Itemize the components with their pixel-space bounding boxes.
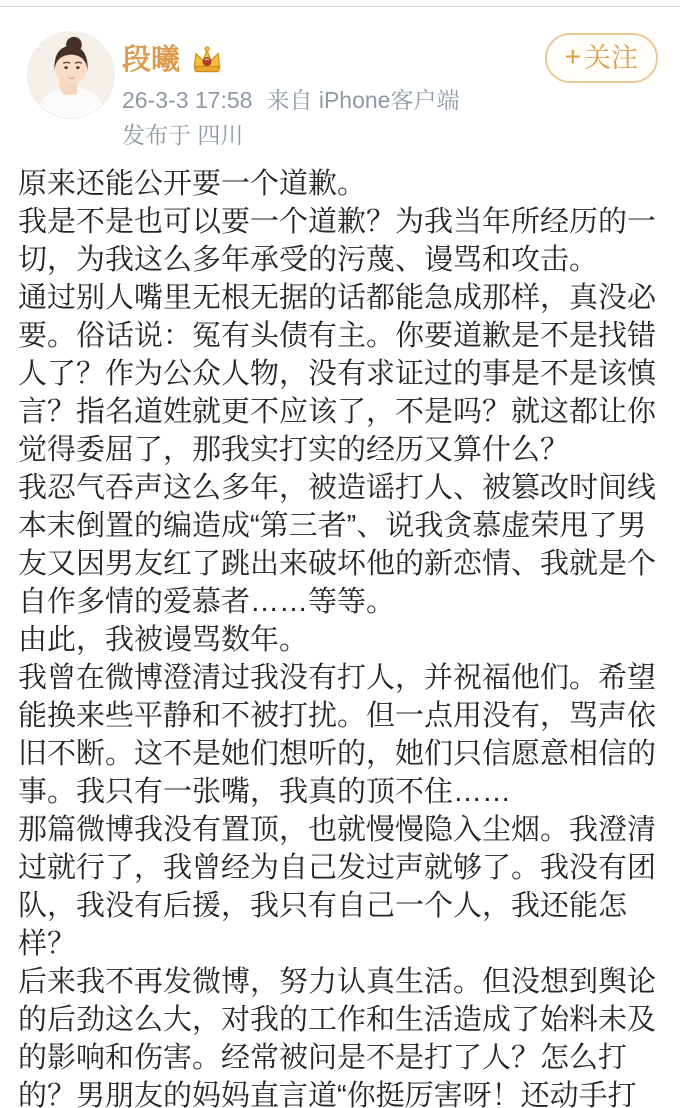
post-text-line: 本末倒置的编造成“第三者”、说我贪慕虚荣甩了男	[18, 507, 662, 545]
post-location: 发布于 四川	[122, 120, 459, 150]
post-source-link[interactable]: 来自 iPhone客户端	[266, 85, 459, 115]
post-text-line: 友又因男友红了跳出来破坏他的新恋情、我就是个	[18, 545, 662, 583]
post-text-line: 觉得委屈了，那我实打实的经历又算什么？	[18, 431, 662, 469]
post-text-line: 那篇微博我没有置顶，也就慢慢隐入尘烟。我澄清	[18, 811, 662, 849]
post-text-line: 能换来些平静和不被打扰。但一点用没有，骂声依	[18, 697, 662, 735]
weibo-post-card: 段曦 26-3-3 17:58 来自 iPhone客户端 发布于 四川	[0, 7, 680, 1108]
post-header: 段曦 26-3-3 17:58 来自 iPhone客户端 发布于 四川	[0, 7, 680, 159]
name-row: 段曦	[122, 43, 459, 77]
post-text-line: 后来我不再发微博，努力认真生活。但没想到舆论	[18, 963, 662, 1001]
post-text-line: 我是不是也可以要一个道歉？为我当年所经历的一	[18, 203, 662, 241]
post-text-line: 队，我没有后援，我只有自己一个人，我还能怎	[18, 887, 662, 925]
post-text-line: 样？	[18, 925, 662, 963]
vip-crown-icon	[190, 45, 224, 75]
user-info: 段曦 26-3-3 17:58 来自 iPhone客户端 发布于 四川	[122, 43, 459, 150]
post-text: 原来还能公开要一个道歉。我是不是也可以要一个道歉？为我当年所经历的一切，为我这么…	[0, 159, 680, 1108]
post-text-line: 过就行了，我曾经为自己发过声就够了。我没有团	[18, 849, 662, 887]
post-text-line: 事。我只有一张嘴，我真的顶不住……	[18, 773, 662, 811]
plus-icon: +	[565, 43, 581, 71]
post-text-line: 的影响和伤害。经常被问是不是打了人？怎么打	[18, 1039, 662, 1077]
post-text-line: 自作多情的爱慕者……等等。	[18, 583, 662, 621]
post-text-line: 由此，我被谩骂数年。	[18, 621, 662, 659]
follow-button[interactable]: + 关注	[545, 33, 658, 83]
avatar[interactable]	[27, 31, 115, 119]
post-text-line: 我忍气吞声这么多年，被造谣打人、被篡改时间线	[18, 469, 662, 507]
username[interactable]: 段曦	[122, 43, 180, 77]
post-text-line: 言？指名道姓就更不应该了，不是吗？就这都让你	[18, 393, 662, 431]
post-text-line: 要。俗话说：冤有头债有主。你要道歉是不是找错	[18, 317, 662, 355]
post-text-line: 原来还能公开要一个道歉。	[18, 165, 662, 203]
post-timestamp: 26-3-3 17:58	[122, 85, 252, 115]
page-top-divider	[0, 0, 680, 7]
post-text-line: 切，为我这么多年承受的污蔑、谩骂和攻击。	[18, 241, 662, 279]
post-meta: 26-3-3 17:58 来自 iPhone客户端	[122, 85, 459, 115]
post-text-line: 旧不断。这不是她们想听的，她们只信愿意相信的	[18, 735, 662, 773]
post-text-line: 的后劲这么大，对我的工作和生活造成了始料未及	[18, 1001, 662, 1039]
avatar-image	[28, 32, 114, 118]
post-text-line: 通过别人嘴里无根无据的话都能急成那样，真没必	[18, 279, 662, 317]
follow-button-label: 关注	[584, 45, 638, 72]
post-text-line: 我曾在微博澄清过我没有打人，并祝福他们。希望	[18, 659, 662, 697]
post-text-line: 人了？作为公众人物，没有求证过的事是不是该慎	[18, 355, 662, 393]
post-text-line: 的？男朋友的妈妈直言道“你挺厉害呀！还动手打	[18, 1077, 662, 1108]
